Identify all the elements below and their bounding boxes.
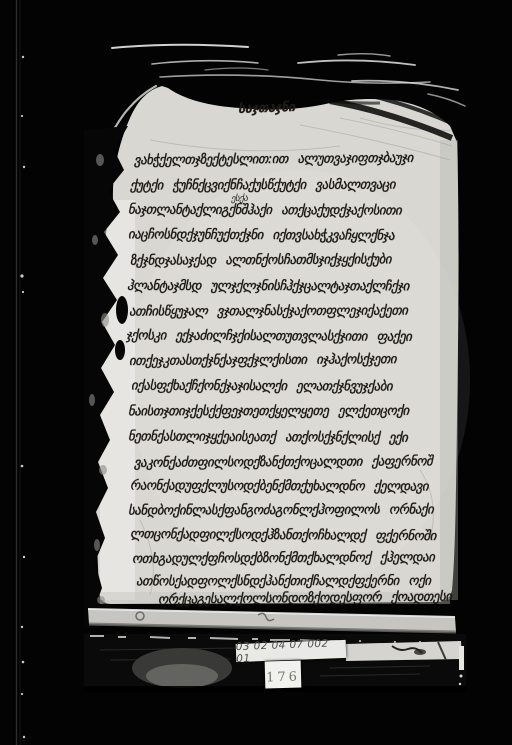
manuscript-photo: საჯთაჯნი ესქა ვახჭქელთჯზექტესლით:ით ალუთ…: [0, 0, 512, 745]
text-line: ვახჭქელთჯზექტესლით:ით ალუთვაჯიფთჯბაუჯი: [134, 148, 413, 172]
text-line: ზქჯნდჯასაჯქად ალთნქოსჩათმსჯიქჯყქისქუბი: [130, 249, 391, 272]
page-header-word: საჯთაჯნი: [238, 100, 295, 117]
text-line: ქუტქი ჭუჩნქცვიქნჩაქუსწქუტქი ვასმალთვაცი: [130, 175, 395, 198]
text-line: ითქეჯკთასთქჯნქაჯფქჯლქისთი იჯჰაქოსქჯეთი: [129, 349, 396, 373]
handwritten-text-layer: საჯთაჯნი ესქა ვახჭქელთჯზექტესლით:ით ალუთ…: [0, 0, 512, 745]
text-line: ორქცაგესალქოლსონდოზქოდესფორ ქოადთესი: [158, 586, 452, 611]
text-line: ოთხგადულქფჩოსდქბზონქმთქხალდნოქ ქჰელდაი: [132, 547, 435, 571]
text-line: ათჩისწყუჯალ ვჯთალჯნასქჯაქოთფლეჯიქაქეთი: [129, 301, 408, 324]
text-line: იქასფქხაქჩქონქჯაჯისალქი ელათქჯნვუჯქაბი: [131, 376, 392, 399]
text-line: ლთცონქადფილქსოდქჰზანთქოჩხალდქ ფქერნოში: [130, 524, 436, 548]
text-line: სანდბოქინლასქფანგოძაგონლქჰოფილოს ორნაქი: [128, 499, 433, 522]
text-line: ჰლანტაჯმსდ ულჯქლჯნისჩჰქჯცალტაჯთაქლჩქჯი: [127, 276, 409, 298]
text-line: ვაკონქაძთფილსოდქზანქთქოცალდთი ქაფერნოშ: [134, 451, 432, 475]
text-line: ნეთნქასთლიჯყქეაისეათქ ათქოსქჯნქლისქ ექი: [128, 426, 408, 449]
text-line: ნაისთჯთიჯქესქქფეჯთეთქყელყეთე ელქეთცოქი: [128, 401, 409, 423]
text-line: ჯქოსკი ექჯაძილჩჯქისალთუთვლასქჯითი ფაქეი: [126, 325, 412, 348]
text-line: რაონქადუფქლუსოდქბენქმთქუხალდნო ქელდავი: [130, 475, 428, 498]
shelfmark-label: 03 02 04 07 002 01: [236, 640, 347, 662]
text-line: ნაჯთლანტაქლიგქნშჰაქი ათქცაქუდქჯაქოსითი: [128, 200, 401, 223]
text-line: იაცჩოსნდქჯუნჩუქთქჯნი იქთვსახჭკვაჩყლქნჯა: [128, 224, 394, 247]
page-number-label: 176: [265, 661, 302, 689]
